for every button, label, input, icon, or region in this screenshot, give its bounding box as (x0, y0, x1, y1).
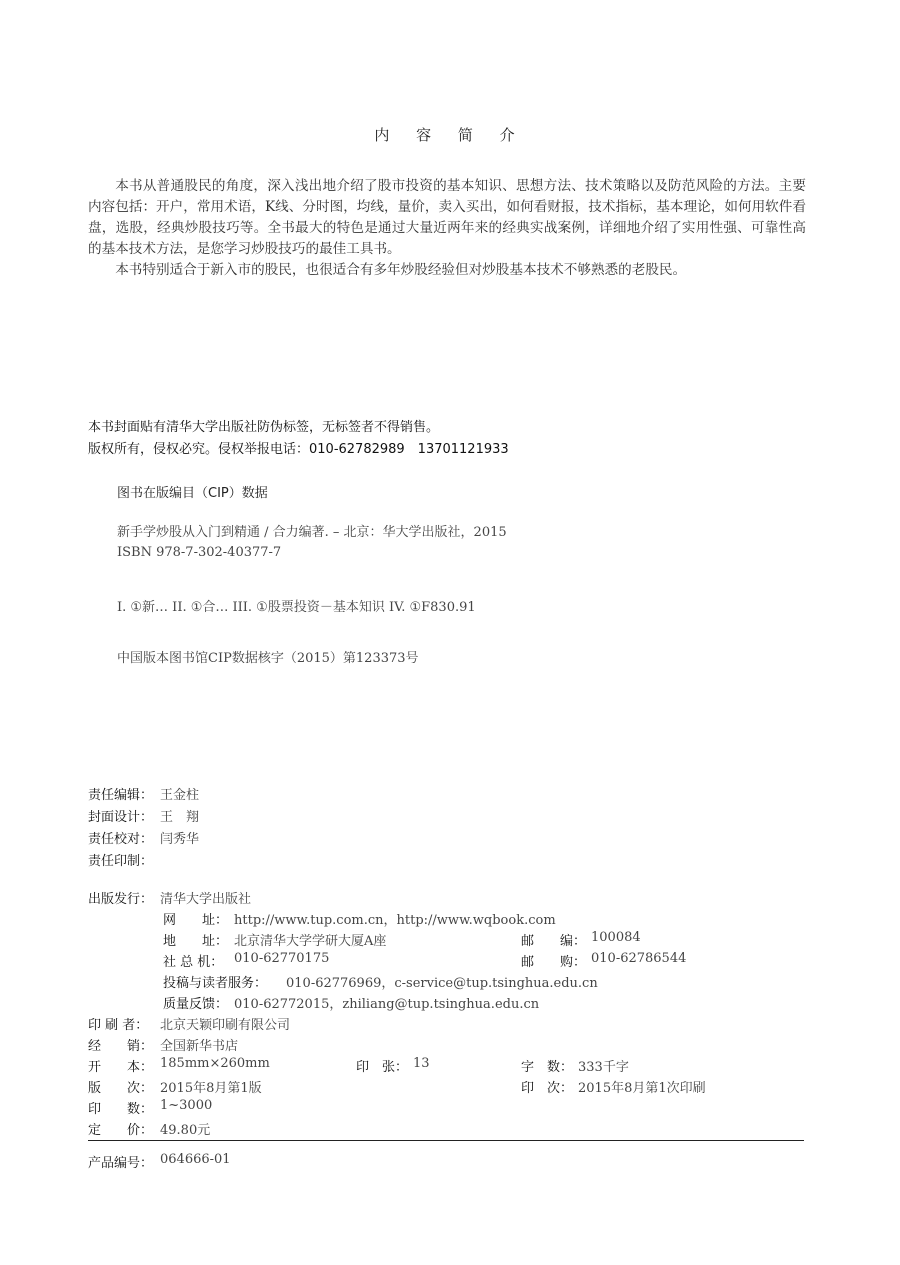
intro-paragraph: 本书特别适合于新入市的股民，也很适合有多年炒股经验但对炒股基本技术不够熟悉的老股… (88, 260, 806, 281)
wordcount-label: 字 数： (521, 1056, 573, 1075)
publisher-name: 清华大学出版社 (160, 888, 251, 907)
printer-label: 印 刷 者： (88, 1014, 148, 1033)
address-value: 北京清华大学学研大厦A座 (234, 930, 386, 949)
wordcount-value: 333千字 (578, 1056, 629, 1075)
address-label: 地 址： (163, 930, 228, 949)
publisher-label: 出版发行： (88, 888, 153, 907)
reader-service-label: 投稿与读者服务： (163, 972, 267, 991)
format-value: 185mm×260mm (160, 1056, 270, 1071)
cip-title-line: 新手学炒股从入门到精通 / 合力编著. – 北京：华大学出版社，2015 (117, 521, 507, 540)
edition-label: 版 次： (88, 1077, 153, 1096)
product-code-label: 产品编号： (88, 1152, 153, 1171)
switchboard-label: 社 总 机： (163, 951, 223, 970)
credit-value-editor: 王金柱 (160, 784, 199, 803)
page-title: 内 容 简 介 (0, 124, 900, 145)
distributor-value: 全国新华书店 (160, 1035, 238, 1054)
printrun-label: 印 数： (88, 1098, 153, 1117)
website-label: 网 址： (163, 909, 228, 928)
switchboard-value: 010-62770175 (234, 951, 329, 966)
intro-section: 本书从普通股民的角度，深入浅出地介绍了股市投资的基本知识、思想方法、技术策略以及… (88, 176, 806, 281)
cip-heading: 图书在版编目（CIP）数据 (117, 482, 268, 501)
website-value: http://www.tup.com.cn，http://www.wqbook.… (234, 909, 556, 928)
impression-label: 印 次： (521, 1077, 573, 1096)
printrun-value: 1~3000 (160, 1098, 212, 1113)
reader-service-value: 010-62776969，c-service@tup.tsinghua.edu.… (286, 972, 598, 991)
footer-divider (88, 1140, 804, 1141)
sheets-label: 印 张： (356, 1056, 408, 1075)
credit-label-printing-supervisor: 责任印制： (88, 850, 153, 869)
product-code-value: 064666-01 (160, 1152, 231, 1167)
feedback-label: 质量反馈： (163, 993, 228, 1012)
mailorder-label: 邮 购： (521, 951, 586, 970)
postcode-label: 邮 编： (521, 930, 586, 949)
cip-approval-number: 中国版本图书馆CIP数据核字（2015）第123373号 (117, 647, 419, 666)
format-label: 开 本： (88, 1056, 153, 1075)
anti-counterfeit-notice: 本书封面贴有清华大学出版社防伪标签，无标签者不得销售。 (88, 416, 439, 435)
intro-paragraph: 本书从普通股民的角度，深入浅出地介绍了股市投资的基本知识、思想方法、技术策略以及… (88, 176, 806, 260)
credit-value-cover-design: 王 翔 (160, 806, 199, 825)
copyright-notice: 版权所有，侵权必究。侵权举报电话：010-62782989 1370112193… (88, 438, 509, 457)
cip-isbn: ISBN 978-7-302-40377-7 (117, 545, 281, 560)
mailorder-value: 010-62786544 (591, 951, 686, 966)
feedback-value: 010-62772015，zhiliang@tup.tsinghua.edu.c… (234, 993, 539, 1012)
printer-value: 北京天颖印刷有限公司 (160, 1014, 290, 1033)
distributor-label: 经 销： (88, 1035, 153, 1054)
postcode-value: 100084 (591, 930, 641, 945)
edition-value: 2015年8月第1版 (160, 1077, 262, 1096)
price-value: 49.80元 (160, 1119, 210, 1138)
cip-classification: I. ①新… II. ①合… III. ①股票投资－基本知识 IV. ①F830… (117, 596, 476, 615)
credit-label-editor: 责任编辑： (88, 784, 153, 803)
sheets-value: 13 (413, 1056, 430, 1071)
impression-value: 2015年8月第1次印刷 (578, 1077, 706, 1096)
credit-label-proofreader: 责任校对： (88, 828, 153, 847)
credit-label-cover-design: 封面设计： (88, 806, 153, 825)
price-label: 定 价： (88, 1119, 153, 1138)
credit-value-proofreader: 闫秀华 (160, 828, 199, 847)
